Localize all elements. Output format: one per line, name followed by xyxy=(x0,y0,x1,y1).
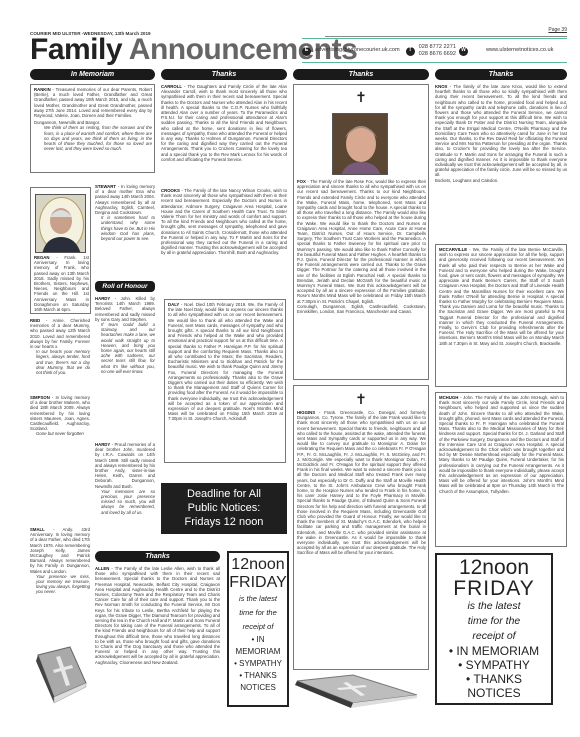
deadline-memoriam: • IN MEMORIAM xyxy=(437,644,551,658)
notice-verse: Gone but never forgotten xyxy=(30,431,90,436)
bible-icon xyxy=(293,673,423,708)
deadline-box-small: 12noon FRIDAY is the latest time for the… xyxy=(227,551,289,707)
deadline-receipt: receipt of xyxy=(229,620,287,634)
deadline-panel: Deadline for All Public Notices: Fridays… xyxy=(161,483,287,534)
deadline-12noon: 12noon xyxy=(437,557,551,578)
notice-text: - Annie. Cherished memories of a dear Mu… xyxy=(30,318,90,349)
notice-fox: ✝ FOX - The Family of the late Rose Fox,… xyxy=(293,84,429,380)
deadline-receipt: receipt of xyxy=(437,629,551,644)
deadline-box-large: 12noon FRIDAY is the latest time for the… xyxy=(435,553,553,705)
notice-small: SMALL - Andy. 43rd Anniversary. In lovin… xyxy=(30,527,90,595)
deadline-time: time for the xyxy=(229,606,287,620)
notice-place: Cornulagh, Dungannon, Eglish, Castlecaul… xyxy=(297,304,426,314)
email-icon: E xyxy=(302,47,311,56)
cross-icon: ✝ xyxy=(294,392,428,406)
web-icon: W xyxy=(459,47,468,56)
deadline-line-2: Public Notices: xyxy=(161,501,287,515)
notice-reid: REID - Annie. Cherished memories of a de… xyxy=(30,318,90,375)
notice-crooks: CROOKS - The Family of the late Nancy Wi… xyxy=(161,188,287,256)
notice-rankin: RANKIN - Treasured memories of our dear … xyxy=(30,84,155,173)
notice-mccarville: MCCARVILLE - We, the Family of the late … xyxy=(435,244,567,387)
contact-bar: E advertising@tyronecourier.uk.com T 028… xyxy=(302,40,567,62)
notice-verse: It is sometimes hard to understand, why … xyxy=(95,215,155,241)
website-link[interactable]: www.ulsternetnotices.co.uk xyxy=(486,48,553,53)
notice-regan: REGAN - Frank. 1st Anniversary. In lovin… xyxy=(30,187,91,314)
email-link[interactable]: advertising@tyronecourier.uk.com xyxy=(315,48,400,53)
notice-text: - Frank. Greencastle, Co. Donegal, and f… xyxy=(297,410,426,555)
cross-icon: ✝ xyxy=(294,90,428,104)
notice-text: - Frank. 1st Anniversary. In loving memo… xyxy=(34,255,89,312)
notice-stewart: STEWART - In loving memory of a dear mot… xyxy=(95,184,155,241)
regan-photo xyxy=(35,194,86,253)
deadline-line-3: Fridays 12 noon xyxy=(161,515,287,529)
deadline-12noon: 12noon xyxy=(229,556,287,574)
page-number: Page 39 xyxy=(548,28,567,33)
notice-text: - Noel. Died 10th February 2019. We, the… xyxy=(168,302,283,421)
deadline-notices: NOTICES xyxy=(229,682,287,694)
deadline-friday: FRIDAY xyxy=(437,578,551,599)
deadline-friday: FRIDAY xyxy=(229,574,287,592)
phone-numbers: 028 8772 2271 028 8676 6692 xyxy=(419,44,456,58)
notice-daly: DALY - Noel. Died 10th February 2019. We… xyxy=(164,299,286,463)
banner-thanks-bottom: Thanks xyxy=(95,551,220,562)
notice-allen: ALLEN - The Family of the late Leslie Al… xyxy=(95,566,220,665)
notice-higgins: ✝ HIGGINS - Frank. Greencastle, Co. Done… xyxy=(293,385,429,670)
header-rule xyxy=(325,36,567,37)
notice-text: - The family of the late June Knox, woul… xyxy=(435,84,567,177)
banner-roll-of-honour: Roll of Honour xyxy=(95,281,155,292)
notice-verse: We think of them as resting, from the so… xyxy=(34,125,152,151)
notice-knox: KNOX - The family of the late June Knox,… xyxy=(435,84,567,183)
notice-verse: In our hearts your memory lingers, alway… xyxy=(30,349,90,375)
deadline-memoriam: • IN MEMORIAM xyxy=(229,634,287,658)
deadline-sympathy: • SYMPATHY xyxy=(229,658,287,670)
notice-verse: Your presence we miss, your memory we tr… xyxy=(30,574,90,595)
notice-text: - In loving memory of a dear mother Ena … xyxy=(95,184,155,215)
green-rule-top xyxy=(302,38,567,39)
deadline-thanks: • THANKS xyxy=(229,670,287,682)
portrait-image xyxy=(333,114,388,175)
notice-text: - We, the Family of the late Bernie McCa… xyxy=(439,247,564,346)
phone-1[interactable]: 028 8772 2271 xyxy=(419,44,456,51)
notice-text: - The Daughters and Family Circle of the… xyxy=(161,84,287,162)
notice-hardy-2: HARDY - Proud memories of a dear brother… xyxy=(95,442,155,515)
notice-text: - In loving memory of a dear brother Mal… xyxy=(30,395,90,431)
notice-verse: If tears could build a stairway, and our… xyxy=(95,322,155,374)
deadline-notices: NOTICES xyxy=(437,686,551,700)
notice-text: - Andy. 43rd Anniversary. In loving memo… xyxy=(30,527,90,574)
notice-carroll: CARROLL - The Daughters and Family Circl… xyxy=(161,84,287,162)
notice-text: - The Family of the late Nancy Wilson Cr… xyxy=(161,188,287,255)
banner-thanks-2: Thanks xyxy=(293,69,429,80)
notice-text: - The Family of the late Rose Fox, would… xyxy=(297,179,426,304)
fox-photo xyxy=(332,113,388,175)
bible-icon xyxy=(30,645,90,705)
notice-text: - Proud memories of a dear brother John,… xyxy=(95,442,155,489)
notice-text: - The Family of the late Leslie Allen, w… xyxy=(95,566,220,665)
banner-thanks-1: Thanks xyxy=(161,69,287,80)
deadline-line-1: Deadline for All xyxy=(161,487,287,501)
phone-icon: T xyxy=(406,47,415,56)
deadline-sympathy: • SYMPATHY xyxy=(437,658,551,672)
phone-2[interactable]: 028 8676 6692 xyxy=(419,51,456,58)
portrait-image xyxy=(36,195,86,253)
notice-text: - Treasured memories of our dear Parents… xyxy=(34,87,152,118)
notice-text: - John. The Family of the late John McHu… xyxy=(439,395,564,494)
deadline-thanks: • THANKS xyxy=(437,672,551,686)
notice-verse: Your memories are so precious, your pres… xyxy=(95,489,155,515)
notice-mchugh: MCHUGH - John. The Family of the late Jo… xyxy=(435,392,567,547)
notice-hardy-1: HARDY - John. Killed by Terrorists 14th … xyxy=(95,296,155,374)
banner-thanks-3: Thanks xyxy=(435,69,567,80)
deadline-latest: is the latest xyxy=(229,592,287,606)
notice-place: Bockets, Loughans and Caledon. xyxy=(435,178,567,183)
deadline-latest: is the latest xyxy=(437,599,551,614)
green-rule-bottom xyxy=(302,62,567,63)
banner-in-memoriam: In Memoriam xyxy=(30,69,155,80)
notice-simpson: SIMPSON - In loving memory of a dear bro… xyxy=(30,395,90,437)
title-family: Family xyxy=(30,33,122,66)
deadline-time: time for the xyxy=(437,614,551,629)
